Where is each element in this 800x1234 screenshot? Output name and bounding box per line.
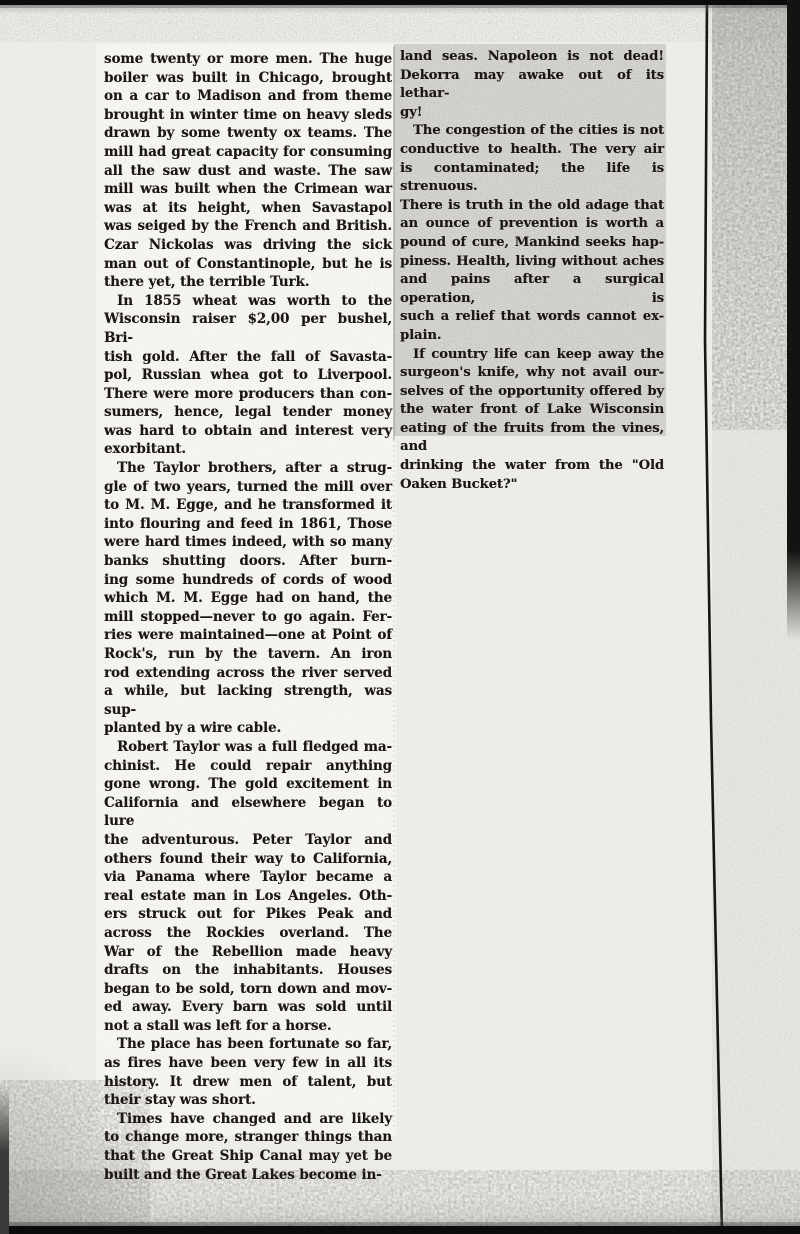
text-line: Dekorra may awake out of its lethar- [400, 67, 664, 104]
text-line: that the Great Ship Canal may yet be [104, 1147, 392, 1166]
text-line: mill had great capacity for consuming [104, 143, 392, 162]
text-line: piness. Health, living without aches [400, 253, 664, 272]
text-line: The place has been fortunate so far, [104, 1035, 392, 1054]
text-line: into flouring and feed in 1861, Those [104, 515, 392, 534]
text-line: gle of two years, turned the mill over [104, 478, 392, 497]
text-line: rod extending across the river served [104, 664, 392, 683]
text-line: which M. M. Egge had on hand, the [104, 589, 392, 608]
text-line: The Taylor brothers, after a strug- [104, 459, 392, 478]
text-line: the water front of Lake Wisconsin [400, 401, 664, 420]
text-line: not a stall was left for a horse. [104, 1017, 392, 1036]
text-line: others found their way to California, [104, 850, 392, 869]
text-line: as fires have been very few in all its [104, 1054, 392, 1073]
text-line: some twenty or more men. The huge [104, 50, 392, 69]
paragraph: The congestion of the cities is notcondu… [400, 122, 664, 345]
scan-edge-right [787, 0, 800, 640]
text-line: the adventurous. Peter Taylor and [104, 831, 392, 850]
text-line: man out of Constantinople, but he is [104, 255, 392, 274]
paragraph: The place has been fortunate so far,as f… [104, 1035, 392, 1109]
text-line: California and elsewhere began to lure [104, 794, 392, 831]
text-line: eating of the fruits from the vines, and [400, 420, 664, 457]
text-line: sumers, hence, legal tender money [104, 403, 392, 422]
paragraph: some twenty or more men. The hugeboiler … [104, 50, 392, 292]
text-line: ed away. Every barn was sold until [104, 998, 392, 1017]
text-line: planted by a wire cable. [104, 719, 392, 738]
text-line: boiler was built in Chicago, brought [104, 69, 392, 88]
text-line: on a car to Madison and from theme [104, 87, 392, 106]
text-line: was seiged by the French and British. [104, 217, 392, 236]
text-line: real estate man in Los Angeles. Oth- [104, 887, 392, 906]
text-line: Rock's, run by the tavern. An iron [104, 645, 392, 664]
text-line: all the saw dust and waste. The saw [104, 162, 392, 181]
text-line: via Panama where Taylor became a [104, 868, 392, 887]
text-line: plain. [400, 327, 664, 346]
text-line: such a relief that words cannot ex- [400, 308, 664, 327]
scanned-page: some twenty or more men. The hugeboiler … [0, 0, 800, 1234]
text-line: gone wrong. The gold excitement in [104, 775, 392, 794]
text-line: mill stopped—never to go again. Fer- [104, 608, 392, 627]
text-line: history. It drew men of talent, but [104, 1073, 392, 1092]
text-line: conductive to health. The very air [400, 141, 664, 160]
text-line: a while, but lacking strength, was sup- [104, 682, 392, 719]
text-line: land seas. Napoleon is not dead! [400, 48, 664, 67]
article-column-right: land seas. Napoleon is not dead!Dekorra … [400, 48, 664, 494]
paragraph: In 1855 wheat was worth to theWisconsin … [104, 292, 392, 459]
text-line: brought in winter time on heavy sleds [104, 106, 392, 125]
text-line: gy! [400, 104, 664, 123]
text-line: there yet, the terrible Turk. [104, 273, 392, 292]
text-line: banks shutting doors. After burn- [104, 552, 392, 571]
text-line: There were more producers than con- [104, 385, 392, 404]
text-line: and pains after a surgical operation, is [400, 271, 664, 308]
paragraph: The Taylor brothers, after a strug-gle o… [104, 459, 392, 738]
text-line: Czar Nickolas was driving the sick [104, 236, 392, 255]
text-line: There is truth in the old adage that [400, 197, 664, 216]
text-line: ers struck out for Pikes Peak and [104, 905, 392, 924]
text-line: chinist. He could repair anything [104, 757, 392, 776]
text-line: War of the Rebellion made heavy [104, 943, 392, 962]
text-line: pol, Russian whea got to Liverpool. [104, 366, 392, 385]
text-line: Times have changed and are likely [104, 1110, 392, 1129]
text-line: drawn by some twenty ox teams. The [104, 124, 392, 143]
text-line: pound of cure, Mankind seeks hap- [400, 234, 664, 253]
text-line: across the Rockies overland. The [104, 924, 392, 943]
text-line: mill was built when the Crimean war [104, 180, 392, 199]
text-line: to M. M. Egge, and he transformed it [104, 496, 392, 515]
paragraph: Robert Taylor was a full fledged ma-chin… [104, 738, 392, 1036]
text-line: drinking the water from the "Old [400, 457, 664, 476]
text-line: an ounce of prevention is worth a [400, 215, 664, 234]
paragraph: If country life can keep away thesurgeon… [400, 346, 664, 495]
text-line: was at its height, when Savastapol [104, 199, 392, 218]
text-line: The congestion of the cities is not [400, 122, 664, 141]
text-line: their stay was short. [104, 1091, 392, 1110]
scan-edge-top [0, 0, 800, 14]
text-line: built and the Great Lakes become in- [104, 1166, 392, 1185]
text-line: began to be sold, torn down and mov- [104, 980, 392, 999]
text-line: tish gold. After the fall of Savasta- [104, 348, 392, 367]
scan-edge-bottom [0, 1196, 800, 1234]
text-line: In 1855 wheat was worth to the [104, 292, 392, 311]
paragraph: land seas. Napoleon is not dead!Dekorra … [400, 48, 664, 122]
text-line: is contaminated; the life is strenuous. [400, 160, 664, 197]
text-line: If country life can keep away the [400, 346, 664, 365]
text-line: to change more, stranger things than [104, 1128, 392, 1147]
paragraph: Times have changed and are likelyto chan… [104, 1110, 392, 1184]
text-line: selves of the opportunity offered by [400, 383, 664, 402]
scan-edge-left [0, 1085, 9, 1234]
text-line: ing some hundreds of cords of wood [104, 571, 392, 590]
text-line: ries were maintained—one at Point of [104, 626, 392, 645]
text-line: drafts on the inhabitants. Houses [104, 961, 392, 980]
text-line: Robert Taylor was a full fledged ma- [104, 738, 392, 757]
article-column-left: some twenty or more men. The hugeboiler … [104, 50, 392, 1184]
text-line: surgeon's knife, why not avail our- [400, 364, 664, 383]
text-line: Oaken Bucket?" [400, 476, 664, 495]
text-line: was hard to obtain and interest very [104, 422, 392, 441]
text-line: exorbitant. [104, 440, 392, 459]
text-line: were hard times indeed, with so many [104, 533, 392, 552]
text-line: Wisconsin raiser $2,00 per bushel, Bri- [104, 310, 392, 347]
